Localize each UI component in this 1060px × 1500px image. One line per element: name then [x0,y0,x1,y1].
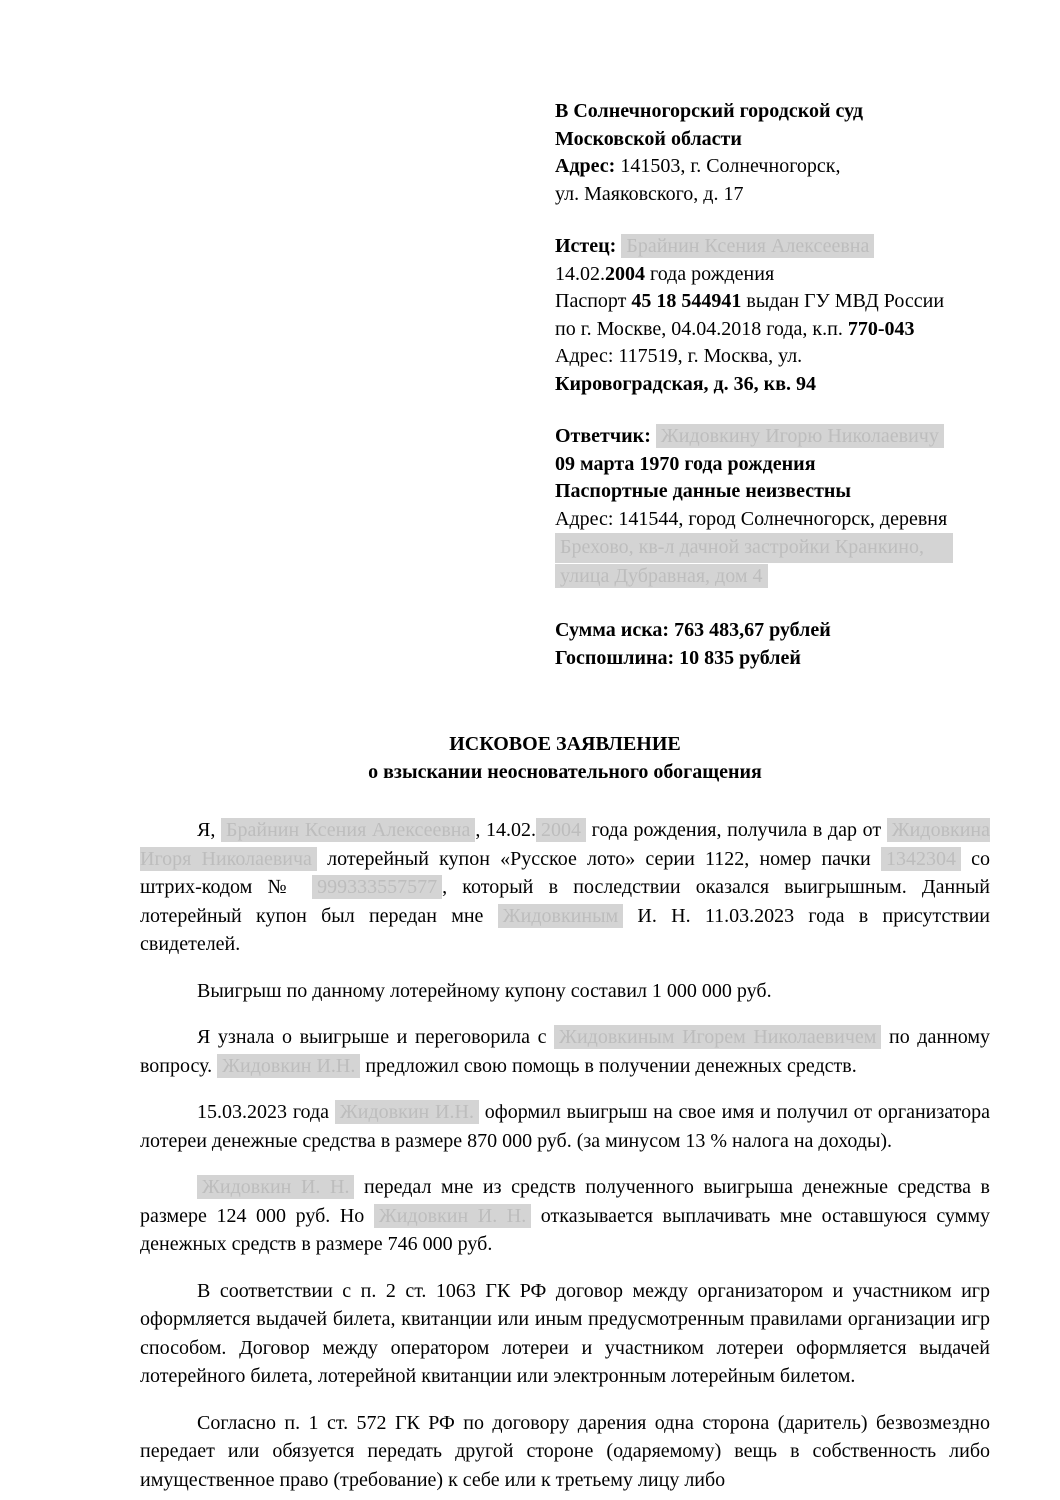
text-segment: 45 18 544941 [631,290,741,312]
text-segment: Паспорт [555,290,631,312]
plaintiff-birthdate-line: 14.02.2004 года рождения [555,261,1060,289]
text-segment: Выигрыш по данному лотерейному купону со… [197,980,772,1002]
text-segment: по г. Москве, 04.04.2018 года, к.п. [555,318,848,340]
text-segment: 141503, г. Солнечногорск, [615,155,840,177]
redaction: Жидовкину Игорю Николаевичу [656,424,944,448]
plaintiff-block: Истец: Брайнин Ксения Алексеевна 14.02.2… [555,233,1060,398]
redaction: Жидовкин И.Н. [217,1054,360,1078]
plaintiff-passport-line: Паспорт 45 18 544941 выдан ГУ МВД России [555,288,1060,316]
text-segment: Адрес: [555,155,615,177]
defendant-birthdate-line: 09 марта 1970 года рождения [555,451,1060,479]
text-segment: года рождения, получила в дар от [586,819,887,841]
document-page: В Солнечногорский городской суд Московск… [0,0,1060,1500]
redaction: 999333557577 [312,875,442,899]
paragraph-claim-registration: 15.03.2023 года Жидовкин И.Н. оформил вы… [140,1098,990,1155]
text-segment: Истец: [555,235,621,257]
redaction: Брайнин Ксения Алексеевна [621,234,874,258]
text-segment: 09 марта 1970 года рождения [555,453,816,475]
court-line: Московской области [555,126,1060,154]
header-address-column: В Солнечногорский городской суд Московск… [555,98,1060,672]
plaintiff-address-line: Кировоградская, д. 36, кв. 94 [555,371,1060,399]
redaction: Жидовкин И.Н. [335,1100,479,1124]
claim-amount-block: Сумма иска: 763 483,67 рублей Госпошлина… [555,617,1060,672]
text-segment: 2004 [605,263,645,285]
text-segment: Адрес: 141544, город Солнечногорск, дере… [555,508,947,530]
court-line: В Солнечногорский городской суд [555,98,1060,126]
document-title-line1: ИСКОВОЕ ЗАЯВЛЕНИЕ [140,730,990,758]
text-segment: Сумма иска: 763 483,67 рублей [555,619,831,641]
text-segment: Госпошлина: 10 835 рублей [555,647,801,669]
document-title-line2: о взыскании неосновательного обогащения [140,758,990,786]
defendant-passport-line: Паспортные данные неизвестны [555,478,1060,506]
paragraph-gift-statement: Я, Брайнин Ксения Алексеевна, 14.02.2004… [140,816,990,959]
claim-sum-line: Сумма иска: 763 483,67 рублей [555,617,1060,645]
redaction: 1342304 [881,847,961,871]
redaction: 2004 [536,818,586,842]
paragraph-negotiation: Я узнала о выигрыше и переговорила с Жид… [140,1023,990,1080]
text-segment: Паспортные данные неизвестны [555,480,851,502]
defendant-block: Ответчик: Жидовкину Игорю Николаевичу 09… [555,423,1060,590]
text-segment: Московской области [555,128,742,150]
redaction: Жидовкин И. Н. [374,1204,531,1228]
redaction: улица Дубравная, дом 4 [555,564,768,588]
defendant-address-line: Адрес: 141544, город Солнечногорск, дере… [555,506,1060,534]
text-segment: предложил свою помощь в получении денежн… [360,1055,856,1077]
plaintiff-passport-line: по г. Москве, 04.04.2018 года, к.п. 770-… [555,316,1060,344]
text-segment: Согласно п. 1 ст. 572 ГК РФ по договору … [140,1412,990,1491]
paragraph-law-1063: В соответствии с п. 2 ст. 1063 ГК РФ дог… [140,1277,990,1391]
text-segment: Я, [197,819,221,841]
paragraph-partial-payment: Жидовкин И. Н. передал мне из средств по… [140,1173,990,1259]
plaintiff-name-line: Истец: Брайнин Ксения Алексеевна [555,233,1060,261]
court-address-line: ул. Маяковского, д. 17 [555,181,1060,209]
text-segment: 15.03.2023 года [197,1101,335,1123]
text-segment: ул. Маяковского, д. 17 [555,183,743,205]
text-segment: выдан ГУ МВД России [741,290,944,312]
text-segment: Я узнала о выигрыше и переговорила с [197,1026,554,1048]
court-address-line: Адрес: 141503, г. Солнечногорск, [555,153,1060,181]
text-segment: 770-043 [848,318,915,340]
state-fee-line: Госпошлина: 10 835 рублей [555,645,1060,673]
text-segment: В соответствии с п. 2 ст. 1063 ГК РФ дог… [140,1280,990,1388]
redaction: Жидовкиным [498,904,623,928]
document-title: ИСКОВОЕ ЗАЯВЛЕНИЕ о взыскании неосновате… [140,730,990,786]
defendant-address-redacted-line: улица Дубравная, дом 4 [555,563,1060,591]
redaction: Жидовкиным Игорем Николаевичем [554,1025,881,1049]
redaction: Брехово, кв-л дачной застройки Кранкино, [555,533,953,563]
redaction: Брайнин Ксения Алексеевна [221,818,475,842]
text-segment: Адрес: 117519, г. Москва, ул. [555,345,802,367]
text-segment: лотерейный купон «Русское лото» серии 11… [317,848,881,870]
document-body: Я, Брайнин Ксения Алексеевна, 14.02.2004… [140,816,990,1494]
defendant-address-redacted-line: Брехово, кв-л дачной застройки Кранкино, [555,533,1060,563]
defendant-name-line: Ответчик: Жидовкину Игорю Николаевичу [555,423,1060,451]
text-segment: Ответчик: [555,425,656,447]
text-segment: , 14.02. [475,819,536,841]
court-block: В Солнечногорский городской суд Московск… [555,98,1060,208]
text-segment: Кировоградская, д. 36, кв. 94 [555,373,816,395]
text-segment: года рождения [645,263,774,285]
text-segment: 14.02. [555,263,605,285]
redaction: Жидовкин И. Н. [197,1175,354,1199]
paragraph-winnings-amount: Выигрыш по данному лотерейному купону со… [140,977,990,1006]
plaintiff-address-line: Адрес: 117519, г. Москва, ул. [555,343,1060,371]
paragraph-law-572: Согласно п. 1 ст. 572 ГК РФ по договору … [140,1409,990,1495]
text-segment: В Солнечногорский городской суд [555,100,863,122]
